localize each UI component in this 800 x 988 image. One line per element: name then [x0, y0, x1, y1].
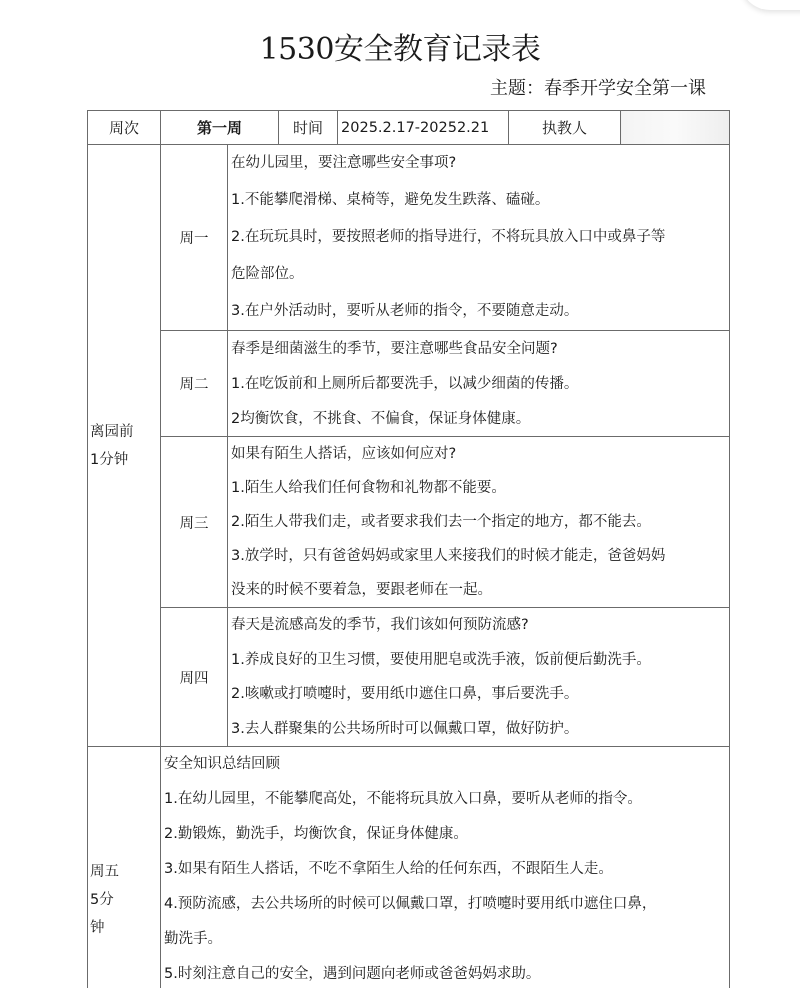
content-line: 2.咳嗽或打喷嚏时，要用纸巾遮住口鼻，事后要洗手。 [231, 677, 729, 712]
document-subtitle: 主题：春季开学安全第一课 [490, 74, 706, 100]
before-leaving-label: 离园前 1分钟 [88, 145, 161, 747]
friday-label: 周五 5分 钟 [88, 747, 161, 988]
label-line: 钟 [90, 914, 160, 942]
label-line: 1分钟 [90, 446, 160, 474]
page-corner-shadow [740, 0, 800, 10]
label-line: 离园前 [90, 418, 160, 446]
content-line: 5.时刻注意自己的安全，遇到问题向老师或爸爸妈妈求助。 [164, 957, 729, 988]
week-label: 周次 [88, 111, 161, 145]
day-label-thursday: 周四 [161, 608, 228, 747]
content-line: 1.养成良好的卫生习惯，要使用肥皂或洗手液，饭前便后勤洗手。 [231, 643, 729, 678]
label-line: 周五 [90, 858, 160, 886]
content-line: 2均衡饮食，不挑食、不偏食，保证身体健康。 [231, 401, 729, 436]
friday-content: 安全知识总结回顾 1.在幼儿园里，不能攀爬高处，不能将玩具放入口鼻，要听从老师的… [161, 747, 730, 988]
content-line: 3.在户外活动时，要听从老师的指令，不要随意走动。 [231, 293, 729, 330]
day-content-thursday: 春天是流感高发的季节，我们该如何预防流感? 1.养成良好的卫生习惯，要使用肥皂或… [228, 608, 730, 747]
table-row-thursday: 周四 春天是流感高发的季节，我们该如何预防流感? 1.养成良好的卫生习惯，要使用… [88, 608, 730, 747]
table-row-wednesday: 周三 如果有陌生人搭话，应该如何应对? 1.陌生人给我们任何食物和礼物都不能要。… [88, 437, 730, 608]
content-line: 如果有陌生人搭话，应该如何应对? [231, 437, 729, 471]
content-line: 2.勤锻炼，勤洗手，均衡饮食，保证身体健康。 [164, 817, 729, 852]
header-row: 周次 第一周 时间 2025.2.17-20252.21 执教人 [88, 111, 730, 145]
content-line: 春季是细菌滋生的季节，要注意哪些食品安全问题? [231, 331, 729, 366]
teacher-value-redacted [621, 111, 730, 145]
time-value: 2025.2.17-20252.21 [338, 111, 509, 145]
week-value: 第一周 [161, 111, 279, 145]
content-line: 在幼儿园里，要注意哪些安全事项? [231, 145, 729, 182]
day-content-tuesday: 春季是细菌滋生的季节，要注意哪些食品安全问题? 1.在吃饭前和上厕所后都要洗手，… [228, 331, 730, 437]
day-content-monday: 在幼儿园里，要注意哪些安全事项? 1.不能攀爬滑梯、桌椅等，避免发生跌落、磕碰。… [228, 145, 730, 331]
teacher-label: 执教人 [509, 111, 621, 145]
content-line: 3.放学时，只有爸爸妈妈或家里人来接我们的时候才能走，爸爸妈妈 [231, 539, 729, 573]
content-line: 1.陌生人给我们任何食物和礼物都不能要。 [231, 471, 729, 505]
content-line: 危险部位。 [231, 256, 729, 293]
document-title: 1530安全教育记录表 [0, 24, 800, 68]
day-content-wednesday: 如果有陌生人搭话，应该如何应对? 1.陌生人给我们任何食物和礼物都不能要。 2.… [228, 437, 730, 608]
content-line: 1.不能攀爬滑梯、桌椅等，避免发生跌落、磕碰。 [231, 182, 729, 219]
table-row-friday: 周五 5分 钟 安全知识总结回顾 1.在幼儿园里，不能攀爬高处，不能将玩具放入口… [88, 747, 730, 988]
content-line: 4.预防流感，去公共场所的时候可以佩戴口罩，打喷嚏时要用纸巾遮住口鼻， [164, 887, 729, 922]
content-line: 安全知识总结回顾 [164, 747, 729, 782]
time-label: 时间 [279, 111, 338, 145]
content-line: 2.陌生人带我们走，或者要求我们去一个指定的地方，都不能去。 [231, 505, 729, 539]
table-row-tuesday: 周二 春季是细菌滋生的季节，要注意哪些食品安全问题? 1.在吃饭前和上厕所后都要… [88, 331, 730, 437]
content-line: 2.在玩玩具时，要按照老师的指导进行，不将玩具放入口中或鼻子等 [231, 219, 729, 256]
table-row-monday: 离园前 1分钟 周一 在幼儿园里，要注意哪些安全事项? 1.不能攀爬滑梯、桌椅等… [88, 145, 730, 331]
content-line: 3.去人群聚集的公共场所时可以佩戴口罩，做好防护。 [231, 712, 729, 747]
content-line: 没来的时候不要着急，要跟老师在一起。 [231, 573, 729, 607]
label-line: 5分 [90, 886, 160, 914]
safety-record-table: 周次 第一周 时间 2025.2.17-20252.21 执教人 离园前 1分钟… [87, 110, 730, 988]
day-label-wednesday: 周三 [161, 437, 228, 608]
day-label-monday: 周一 [161, 145, 228, 331]
content-line: 勤洗手。 [164, 922, 729, 957]
day-label-tuesday: 周二 [161, 331, 228, 437]
content-line: 1.在吃饭前和上厕所后都要洗手，以减少细菌的传播。 [231, 366, 729, 401]
content-line: 3.如果有陌生人搭话，不吃不拿陌生人给的任何东西，不跟陌生人走。 [164, 852, 729, 887]
content-line: 春天是流感高发的季节，我们该如何预防流感? [231, 608, 729, 643]
content-line: 1.在幼儿园里，不能攀爬高处，不能将玩具放入口鼻，要听从老师的指令。 [164, 782, 729, 817]
